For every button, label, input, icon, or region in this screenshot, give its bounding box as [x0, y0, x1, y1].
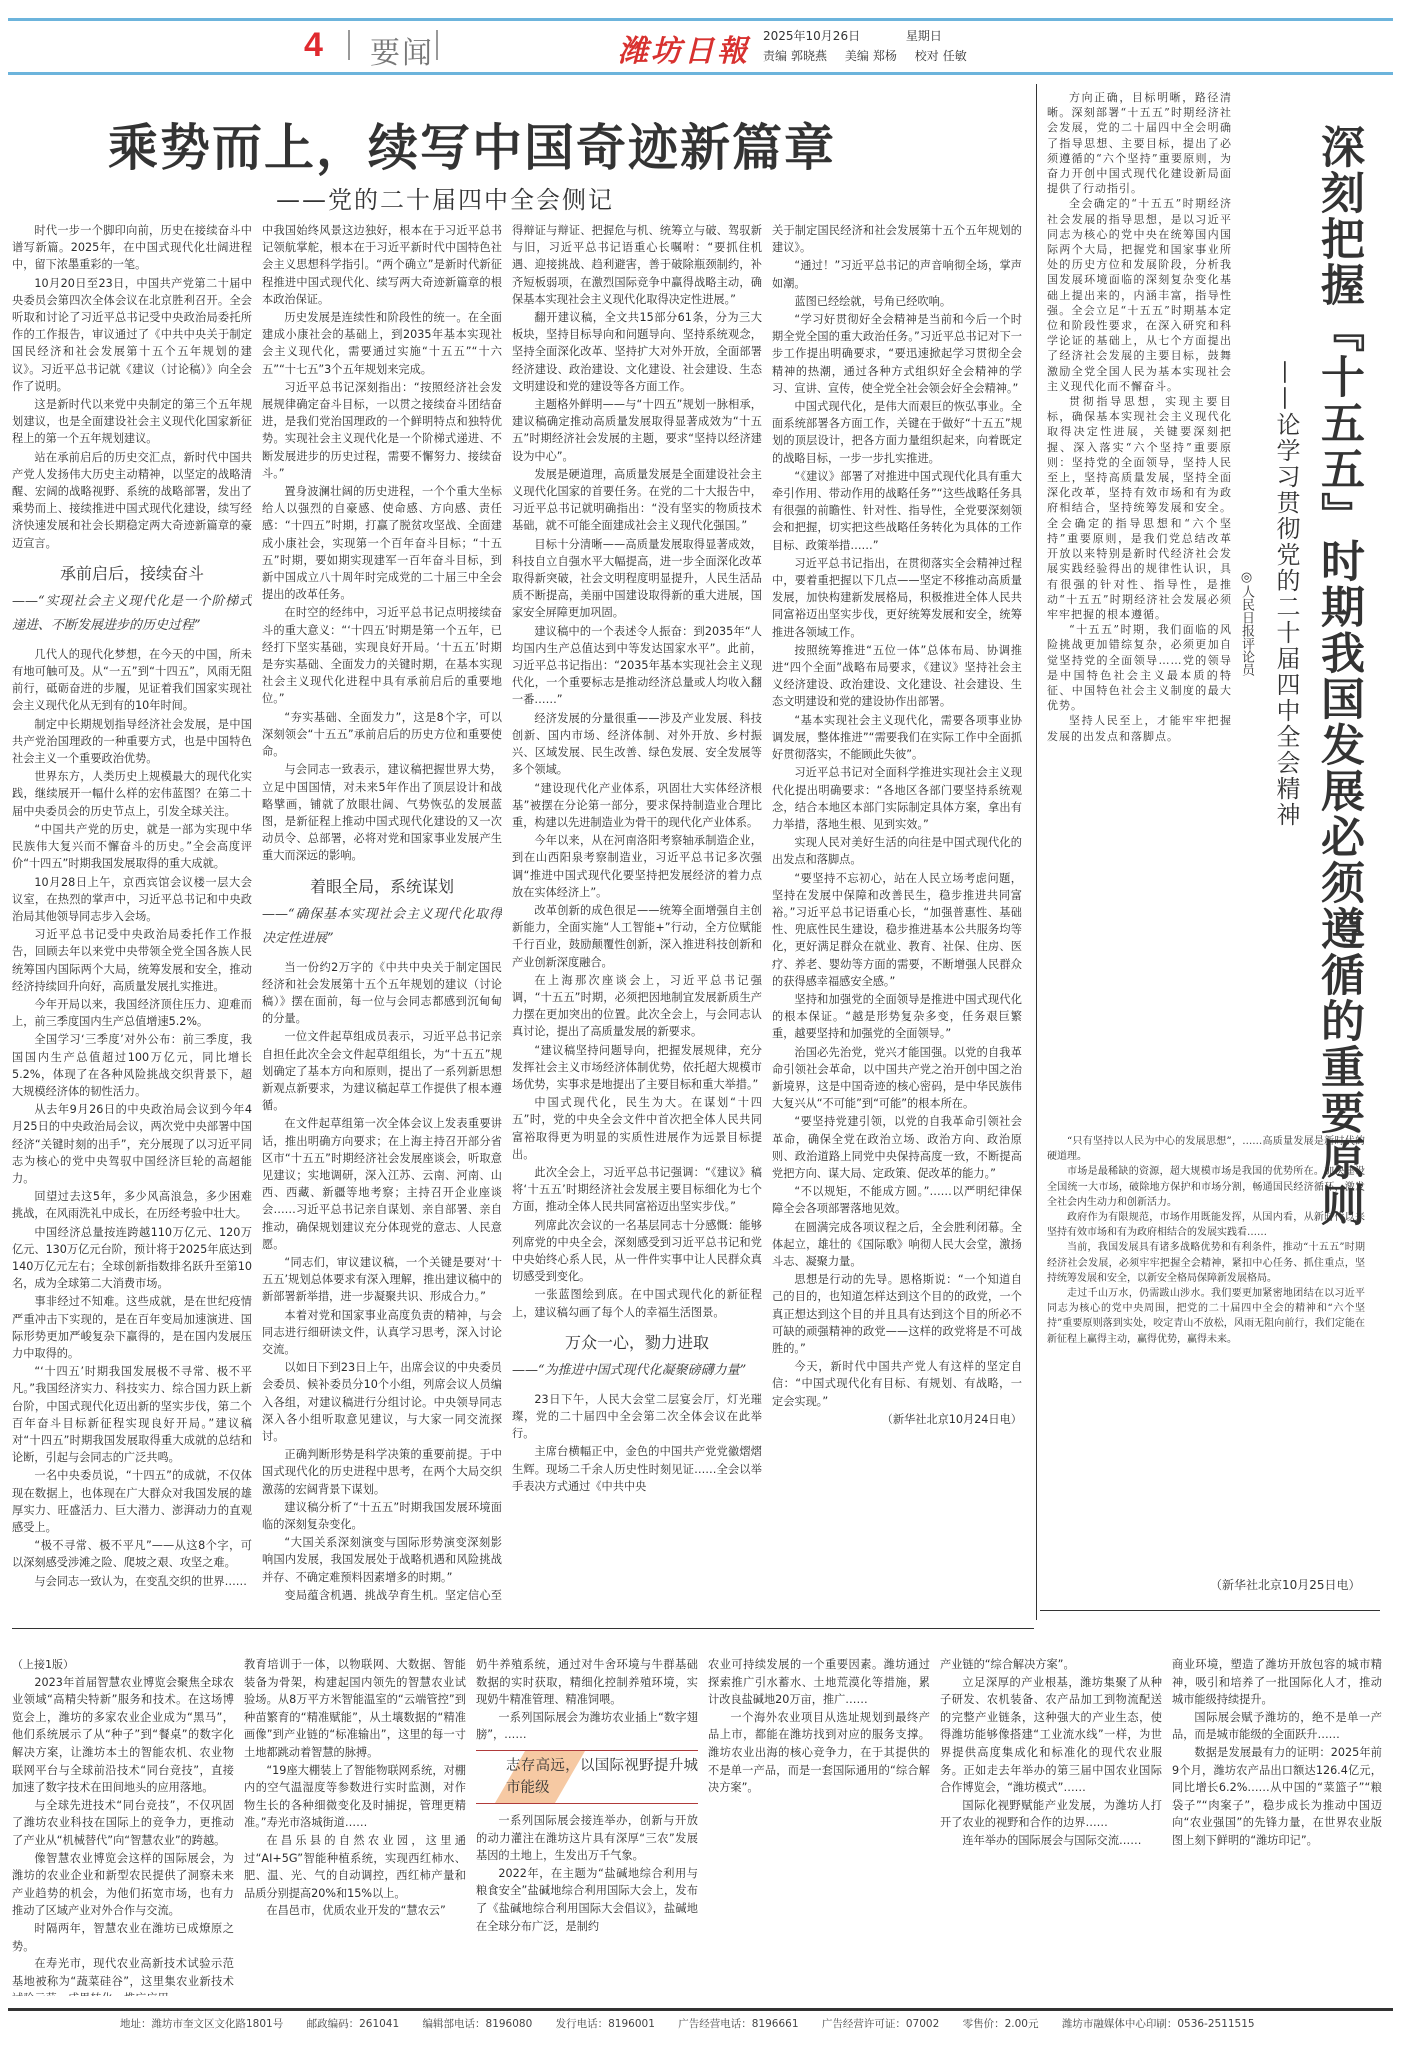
paragraph: 以如日下到23日上午，出席会议的中央委员会委员、候补委员分10个小组，列席会议人… — [262, 1359, 502, 1445]
paragraph: “建设现代化产业体系，巩固壮大实体经济根基”被摆在分论第一部分，要求保持制造业合… — [512, 780, 762, 832]
paragraph: 一位文件起草组成员表示，习近平总书记亲自担任此次全会文件起草组组长，为“十五五”… — [262, 1028, 502, 1114]
bottom-column-3: 奶牛养殖系统，通过对牛舍环境与牛群基础数据的实时获取，精细化控制养殖环境，实现奶… — [476, 1656, 698, 1996]
commentary-text-upper: 方向正确，目标明晰，路径清晰。深刻部署“十五五”时期经济社会发展，党的二十届四中… — [1047, 90, 1232, 1130]
paragraph: “学习好贯彻好全会精神是当前和今后一个时期全党全国的重大政治任务。”习近平总书记… — [772, 311, 1022, 397]
footer-distribution-phone: 发行电话：8196001 — [556, 2018, 655, 2030]
divider — [348, 30, 350, 60]
issue-meta: 2025年10月26日 星期日 责编郭晓燕 美编郑杨 校对任敏 — [763, 26, 981, 66]
paragraph: 一系列国际展会接连举办，创新与开放的动力灌注在潍坊这片具有深厚“三农”发展基因的… — [476, 1812, 698, 1865]
paragraph: 坚持和加强党的全面领导是推进中国式现代化的根本保证。“越是形势复杂多变，任务艰巨… — [772, 991, 1022, 1043]
paragraph: 一个海外农业项目从选址规划到最终产品上市，都能在潍坊找到对应的服务支撑。潍坊农业… — [708, 1709, 930, 1797]
designer-label: 美编 — [845, 49, 869, 63]
section-subheading: ——“确保基本实现社会主义现代化取得决定性进展” — [262, 903, 502, 951]
footer-price: 零售价：2.00元 — [963, 2018, 1039, 2030]
paragraph: “同志们，审议建议稿，一个关键是要对‘十五五’规划总体要求有深入理解，推出建议稿… — [262, 1254, 502, 1306]
proofreader-name: 任敏 — [943, 49, 967, 63]
paragraph: 本着对党和国家事业高度负责的精神，与会同志进行细研读文件，认真学习思考，深入讨论… — [262, 1307, 502, 1359]
paragraph: 制定中长期规划指导经济社会发展，是中国共产党治国理政的一种重要方式，也是中国特色… — [12, 716, 252, 768]
masthead-bottom-rule — [8, 72, 1393, 75]
divider — [436, 30, 438, 60]
paragraph: 习近平总书记深刻指出：“按照经济社会发展规律确定奋斗目标，一以贯之接续奋斗团结奋… — [262, 379, 502, 482]
paragraph: 事非经过不知难。这些成就，是在世纪疫情严重冲击下实现的，是在百年变局加速演进、国… — [12, 1293, 252, 1362]
designer-name: 郑杨 — [873, 49, 897, 63]
paragraph: 数据是发展最有力的证明：2025年前9个月，潍坊农产品出口额达126.4亿元，同… — [1172, 1744, 1382, 1850]
paragraph: “要坚持党建引领，以党的自我革命引领社会革命，确保全党在政治立场、政治方向、政治… — [772, 1113, 1022, 1182]
commentary-text-lower: “只有坚持以人民为中心的发展思想”，……高质量发展是新时代的硬道理。 市场是最稀… — [1047, 1134, 1365, 1574]
footer-ad-license: 广告经营许可证：07002 — [822, 2018, 939, 2030]
dateline: （新华社北京10月24日电） — [772, 1411, 1022, 1428]
section-name: 要闻 — [370, 28, 434, 72]
main-headline: 乘势而上，续写中国奇迹新篇章 — [108, 108, 836, 180]
paragraph: 一系列国际展会为潍坊农业插上“数字翅膀”，…… — [476, 1709, 698, 1744]
paragraph: 今年开局以来，我国经济顶住压力、迎难而上，前三季度国内生产总值增速5.2%。 — [12, 996, 252, 1030]
paragraph: 当一份约2万字的《中共中央关于制定国民经济和社会发展第十五个五年规划的建议（讨论… — [262, 959, 502, 1028]
article-column-2: 中我国始终风景这边独好，根本在于习近平总书记领航掌舵，根本在于习近平新时代中国特… — [262, 222, 502, 1600]
paragraph: 走过千山万水，仍需跋山涉水。我们要更加紧密地团结在以习近平同志为核心的党中央周围… — [1047, 1286, 1365, 1347]
paragraph: 习近平总书记受中央政治局委托作工作报告，回顾去年以来党中央带领全党全国各族人民统… — [12, 926, 252, 995]
editor-name: 郭晓燕 — [791, 49, 827, 63]
paragraph: “基本实现社会主义现代化，需要各项事业协调发展，整体推进”“需要我们在实际工作中… — [772, 712, 1022, 764]
paragraph: 在文件起草组第一次全体会议上发表重要讲话，推出明确方向要求；在上海主持召开部分省… — [262, 1115, 502, 1253]
footer-postal-code: 邮政编码：261041 — [307, 2018, 400, 2030]
paragraph: 中我国始终风景这边独好，根本在于习近平总书记领航掌舵，根本在于习近平新时代中国特… — [262, 222, 502, 308]
paragraph: “十五五”时期，我们面临的风险挑战更加错综复杂，必须更加自觉坚持党的全面领导……… — [1047, 622, 1232, 713]
paragraph: 这是新时代以来党中央制定的第三个五年规划建议，也是全面建设社会主义现代化国家新征… — [12, 396, 252, 448]
paragraph: 置身波澜壮阔的历史进程，一个个重大坐标给人以强烈的自豪感、使命感、方向感、责任感… — [262, 483, 502, 603]
paragraph: “19座大棚装上了智能物联网系统，对棚内的空气温湿度等参数进行实时监测，对作物生… — [244, 1762, 466, 1832]
paragraph: 关于制定国民经济和社会发展第十五个五年规划的建议》。 — [772, 222, 1022, 256]
paragraph: 几代人的现代化梦想，在今天的中国，所未有地可触可及。从“一五”到“十四五”，风雨… — [12, 646, 252, 715]
paragraph: 连年举办的国际展会与国际交流…… — [940, 1832, 1162, 1850]
paragraph: 实现人民对美好生活的向往是中国式现代化的出发点和落脚点。 — [772, 834, 1022, 868]
paragraph: “‘十四五’时期我国发展极不寻常、极不平凡。”我国经济实力、科技实力、综合国力跃… — [12, 1363, 252, 1466]
paragraph: 发展是硬道理，高质量发展是全面建设社会主义现代化国家的首要任务。在党的二十大报告… — [512, 466, 762, 535]
paragraph: 贯彻指导思想，实现主要目标，确保基本实现社会主义现代化取得决定性进展，关键要深刻… — [1047, 394, 1232, 622]
paragraph: 时代一步一个脚印向前，历史在接续奋斗中谱写新篇。2025年，在中国式现代化壮阔进… — [12, 222, 252, 274]
section-heading: 着眼全局，系统谋划 — [262, 873, 502, 901]
footer-ad-phone: 广告经营电话：8196661 — [678, 2018, 798, 2030]
section-subheading: ——“为推进中国式现代化凝聚磅礴力量” — [512, 1359, 762, 1383]
paragraph: “中国共产党的历史，就是一部为实现中华民族伟大复兴而不懈奋斗的历史。”全会高度评… — [12, 821, 252, 873]
paragraph: 今天，新时代中国共产党人有这样的坚定自信：“中国式现代化有目标、有规划、有战略，… — [772, 1358, 1022, 1410]
paragraph: 像智慧农业博览会这样的国际展会，为潍坊的农业企业和新型农民提供了洞察未来产业趋势… — [12, 1850, 234, 1920]
paragraph: 经济发展的分量很重——涉及产业发展、科技创新、国内市场、经济体制、对外开放、乡村… — [512, 710, 762, 779]
masthead: 4 要闻 潍坊日報 2025年10月26日 星期日 责编郭晓燕 美编郑杨 校对任… — [8, 22, 1393, 70]
paragraph: 坚持人民至上，才能牢牢把握发展的出发点和落脚点。 — [1047, 713, 1232, 743]
footer-printer: 潍坊市融媒体中心印刷：0536-2511515 — [1062, 2018, 1255, 2030]
paragraph: 在上海那次座谈会上，习近平总书记强调，“十五五”时期，必须把因地制宜发展新质生产… — [512, 972, 762, 1041]
paragraph: 全会确定的“十五五”时期经济社会发展的指导思想，是以习近平同志为核心的党中央在统… — [1047, 196, 1232, 394]
paragraph: 改革创新的成色很足——统筹全面增强自主创新能力，全面实施“人工智能+”行动，全方… — [512, 902, 762, 971]
paragraph: 按照统筹推进“五位一体”总体布局、协调推进“四个全面”战略布局要求，《建议》坚持… — [772, 642, 1022, 711]
paragraph: 历史发展是连续性和阶段性的统一。在全面建成小康社会的基础上，到2035年基本实现… — [262, 309, 502, 378]
paragraph: “极不寻常、极不平凡”——从这8个字，可以深刻感受涉滩之险、爬坡之艰、攻坚之难。 — [12, 1537, 252, 1571]
paragraph: 奶牛养殖系统，通过对牛舍环境与牛群基础数据的实时获取，精细化控制养殖环境，实现奶… — [476, 1656, 698, 1709]
paragraph: 中国式现代化，是伟大而艰巨的恢弘事业。全面系统部署各方面工作，关键在于做好“十五… — [772, 398, 1022, 467]
section-separator — [1040, 1610, 1380, 1611]
paper-logo: 潍坊日報 — [618, 26, 750, 70]
continued-note: （上接1版） — [12, 1656, 234, 1674]
paragraph: 与会同志一致表示，建议稿把握世界大势，立足中国国情，对未来5年作出了顶层设计和战… — [262, 761, 502, 864]
article-column-3: 得辩证与辩证、把握危与机、统筹立与破、驾驭新与旧，习近平总书记语重心长嘱咐：“要… — [512, 222, 762, 1600]
commentary-byline: ◎人民日报评论员 — [1238, 570, 1256, 676]
paragraph: “只有坚持以人民为中心的发展思想”，……高质量发展是新时代的硬道理。 — [1047, 1134, 1365, 1164]
paragraph: 教育培训于一体，以物联网、大数据、智能装备为骨架，构建起国内领先的智慧农业试验场… — [244, 1656, 466, 1762]
paragraph: 方向正确，目标明晰，路径清晰。深刻部署“十五五”时期经济社会发展，党的二十届四中… — [1047, 90, 1232, 196]
bottom-column-2: 教育培训于一体，以物联网、大数据、智能装备为骨架，构建起国内领先的智慧农业试验场… — [244, 1656, 466, 1996]
section-heading: 承前启后，接续奋斗 — [12, 560, 252, 588]
paragraph: 在时空的经纬中，习近平总书记点明接续奋斗的重大意义：“‘十四五’时期是第一个五年… — [262, 604, 502, 707]
paragraph: 市场是最稀缺的资源，超大规模市场是我国的优势所在。加快建设全国统一大市场，破除地… — [1047, 1164, 1365, 1210]
masthead-top-rule — [8, 18, 1393, 21]
paragraph: 在寿光市，现代农业高新技术试验示范基地被称为“蔬菜硅谷”，这里集农业新技术试验示… — [12, 1955, 234, 1996]
paragraph: 中国经济总量按连跨越110万亿元、120万亿元、130万亿元台阶，预计将于202… — [12, 1224, 252, 1293]
paragraph: 列席此次会议的一名基层同志十分感慨：能够列席党的中央全会，深刻感受到习近平总书记… — [512, 1217, 762, 1286]
paragraph: 回望过去这5年，多少风高浪急，多少困难挑战，在风雨洗礼中成长，在历经考验中壮大。 — [12, 1188, 252, 1222]
paragraph: 时隔两年，智慧农业在潍坊已成燎原之势。 — [12, 1920, 234, 1955]
section-separator — [12, 1628, 1034, 1629]
paragraph: 正确判断形势是科学决策的重要前提。于中国式现代化的历史进程中思考，在两个大局交织… — [262, 1446, 502, 1498]
paragraph: 立足深厚的产业根基，潍坊集聚了从种子研发、农机装备、农产品加工到物流配送的完整产… — [940, 1674, 1162, 1797]
paragraph: 政府作为有限规范，市场作用既能发挥，从国内看，从新时代以来坚持有效市场和有为政府… — [1047, 1210, 1365, 1240]
bottom-column-5: 产业链的“综合解决方案”。 立足深厚的产业根基，潍坊集聚了从种子研发、农机装备、… — [940, 1656, 1162, 1996]
paragraph: 建议稿分析了“十五五”时期我国发展环境面临的深刻复杂变化。 — [262, 1499, 502, 1533]
main-subheadline: ——党的二十届四中全会侧记 — [276, 180, 614, 215]
paragraph: 蓝图已经绘就，号角已经吹响。 — [772, 293, 1022, 310]
paragraph: “不以规矩，不能成方圆。”……以严明纪律保障全会各项部署落地见效。 — [772, 1183, 1022, 1217]
commentary-subtitle: ——论学习贯彻党的二十届四中全会精神 — [1268, 360, 1300, 828]
paragraph: 得辩证与辩证、把握危与机、统筹立与破、驾驭新与旧，习近平总书记语重心长嘱咐：“要… — [512, 222, 762, 308]
paragraph: 2023年首届智慧农业博览会聚焦全球农业领域“高精尖特新”服务和技术。在这场博览… — [12, 1674, 234, 1797]
subheading-box: 志存高远，以国际视野提升城市能级 — [476, 1750, 698, 1804]
bottom-column-4: 农业可持续发展的一个重要因素。潍坊通过探索推广引水蓄水、土地荒漠化等措施，累计改… — [708, 1656, 930, 1996]
paragraph: 此次全会上，习近平总书记强调：“《建议》稿将‘十五五’时期经济社会发展主要目标细… — [512, 1164, 762, 1216]
issue-weekday: 星期日 — [906, 29, 942, 43]
paragraph: 2022年，在主题为“盐碱地综合利用与粮食安全”盐碱地综合利用国际大会上，发布了… — [476, 1865, 698, 1935]
article-column-4: 关于制定国民经济和社会发展第十五个五年规划的建议》。 “通过！”习近平总书记的声… — [772, 222, 1022, 1600]
paragraph: 在昌邑市，优质农业开发的“慧农云” — [244, 1902, 466, 1920]
paragraph: 从去年9月26日的中央政治局会议到今年4月25日的中央政治局会议，两次党中央部署… — [12, 1101, 252, 1187]
paragraph: 翻开建议稿，全文共15部分61条，分为三大板块，坚持目标导向和问题导向、坚持系统… — [512, 309, 762, 395]
bottom-column-6: 商业环境，塑造了潍坊开放包容的城市精神，吸引和培养了一批国际化人才，推动城市能级… — [1172, 1656, 1382, 1996]
subheading: 志存高远，以国际视野提升城市能级 — [476, 1755, 698, 1799]
paragraph: 治国必先治党，党兴才能国强。以党的自我革命引领社会革命，以中国共产党之治开创中国… — [772, 1044, 1022, 1113]
paragraph: 今年以来，从在河南洛阳考察轴承制造企业，到在山西阳泉考察制造业，习近平总书记多次… — [512, 832, 762, 901]
paragraph: 目标十分清晰——高质量发展取得显著成效，科技自立自强水平大幅提高，进一步全面深化… — [512, 536, 762, 622]
paragraph: 与会同志一致认为，在变乱交织的世界…… — [12, 1573, 252, 1590]
bottom-column-1: （上接1版） 2023年首届智慧农业博览会聚焦全球农业领域“高精尖特新”服务和技… — [12, 1656, 234, 1996]
paragraph: “建议稿坚持问题导向，把握发展规律，充分发挥社会主义市场经济体制优势，依托超大规… — [512, 1042, 762, 1094]
issue-date: 2025年10月26日 — [763, 29, 860, 43]
paragraph: 站在承前启后的历史交汇点，新时代中国共产党人发扬伟大历史主动精神，以坚定的战略清… — [12, 449, 252, 552]
paragraph: 当前，我国发展具有诸多战略优势和有利条件，推动“十五五”时期经济社会发展，必须牢… — [1047, 1240, 1365, 1286]
paragraph: “通过！”习近平总书记的声音响彻全场，掌声如潮。 — [772, 257, 1022, 291]
section-heading: 万众一心，勠力进取 — [512, 1329, 762, 1357]
paragraph: “要坚持不忘初心，站在人民立场考虑问题，坚持在发展中保障和改善民生，稳步推进共同… — [772, 870, 1022, 990]
paragraph: 国际化视野赋能产业发展，为潍坊人打开了农业的视野和合作的边界…… — [940, 1797, 1162, 1832]
page-number: 4 — [304, 26, 323, 65]
paragraph: 习近平总书记指出，在贯彻落实全会精神过程中，要着重把握以下几点——坚定不移推动高… — [772, 555, 1022, 641]
paragraph: 在昌乐县的自然农业园，这里通过“AI+5G”智能种植系统，实现西红柿水、肥、温、… — [244, 1832, 466, 1902]
article-column-1: 时代一步一个脚印向前，历史在接续奋斗中谱写新篇。2025年，在中国式现代化壮阔进… — [12, 222, 252, 1600]
paragraph: 国际展会赋予潍坊的，绝不是单一产品，而是城市能级的全面跃升…… — [1172, 1709, 1382, 1744]
paragraph: 农业可持续发展的一个重要因素。潍坊通过探索推广引水蓄水、土地荒漠化等措施，累计改… — [708, 1656, 930, 1709]
paragraph: “《建议》部署了对推进中国式现代化具有重大牵引作用、带动作用的战略任务”“这些战… — [772, 468, 1022, 554]
column-divider — [1036, 84, 1037, 1620]
commentary-dateline: （新华社北京10月25日电） — [1210, 1576, 1361, 1593]
paragraph: 在圆满完成各项议程之后，全会胜利闭幕。全体起立，雄壮的《国际歌》响彻人民大会堂，… — [772, 1219, 1022, 1271]
paragraph: 一名中央委员说，“十四五”的成就，不仅体现在数据上，也体现在广大群众对我国发展的… — [12, 1467, 252, 1536]
editor-label: 责编 — [763, 49, 787, 63]
footer-rule — [8, 2008, 1393, 2011]
paragraph: 建议稿中的一个表述令人振奋：到2035年“人均国内生产总值达到中等发达国家水平”… — [512, 623, 762, 709]
paragraph: 与全球先进技术“同台竞技”，不仅巩固了潍坊农业科技在国际上的竞争力，更推动了产业… — [12, 1797, 234, 1850]
proofreader-label: 校对 — [915, 49, 939, 63]
paragraph: 10月20日至23日，中国共产党第二十届中央委员会第四次全体会议在北京胜利召开。… — [12, 275, 252, 395]
paragraph: “大国关系深刻演变与国际形势演变深刻影响国内发展，我国发展处于战略机遇和风险挑战… — [262, 1534, 502, 1586]
paragraph: 主席台横幅正中，金色的中国共产党党徽熠熠生辉。现场二千余人历史性时刻见证……全会… — [512, 1443, 762, 1495]
paragraph: 商业环境，塑造了潍坊开放包容的城市精神，吸引和培养了一批国际化人才，推动城市能级… — [1172, 1656, 1382, 1709]
paragraph: 习近平总书记对全面科学推进实现社会主义现代化提出明确要求：“各地区各部门要坚持系… — [772, 764, 1022, 833]
paragraph: 一张蓝图绘到底。在中国式现代化的新征程上，建议稿勾画了每个人的幸福生活图景。 — [512, 1286, 762, 1320]
paragraph: 思想是行动的先导。恩格斯说：“一个知道自己的目的，也知道怎样达到这个目的的政党，… — [772, 1271, 1022, 1357]
paragraph: 中国式现代化，民生为大。在谋划“十四五”时，党的中央全会文件中首次把全体人民共同… — [512, 1094, 762, 1163]
paragraph: 变局蕴含机遇，挑战孕育生机。坚定信心至关重要，历史主动精神至关重要。 — [262, 1587, 502, 1600]
paragraph: 10月28日上午，京西宾馆会议楼一层大会议室，在热烈的掌声中，习近平总书记和中央… — [12, 874, 252, 926]
paragraph: 产业链的“综合解决方案”。 — [940, 1656, 1162, 1674]
paragraph: “夯实基础、全面发力”，这是8个字，可以深刻领会“十五五”承前启后的历史方位和重… — [262, 709, 502, 761]
imprint-footer: 地址：潍坊市奎文区文化路1801号 邮政编码：261041 编辑部电话：8196… — [120, 2016, 1275, 2031]
paragraph: 全国学习‘三季度’对外公布：前三季度，我国国内生产总值超过100万亿元，同比增长… — [12, 1031, 252, 1100]
paragraph: 世界东方，人类历史上规模最大的现代化实践，继续展开一幅什么样的宏伟蓝图？在第二十… — [12, 768, 252, 820]
paragraph: 主题格外鲜明——与“十四五”规划一脉相承，建议稿确定推动高质量发展取得显著成效为… — [512, 396, 762, 465]
footer-editorial-phone: 编辑部电话：8196080 — [423, 2018, 533, 2030]
commentary-title: 深刻把握『十五五』时期我国发展必须遵循的重要原则 — [1312, 124, 1362, 1228]
paragraph: 23日下午，人民大会堂二层宴会厅，灯光璀璨，党的二十届四中全会第二次全体会议在此… — [512, 1391, 762, 1443]
footer-address: 地址：潍坊市奎文区文化路1801号 — [120, 2018, 283, 2030]
section-subheading: ——“实现社会主义现代化是一个阶梯式递进、不断发展进步的历史过程” — [12, 590, 252, 638]
